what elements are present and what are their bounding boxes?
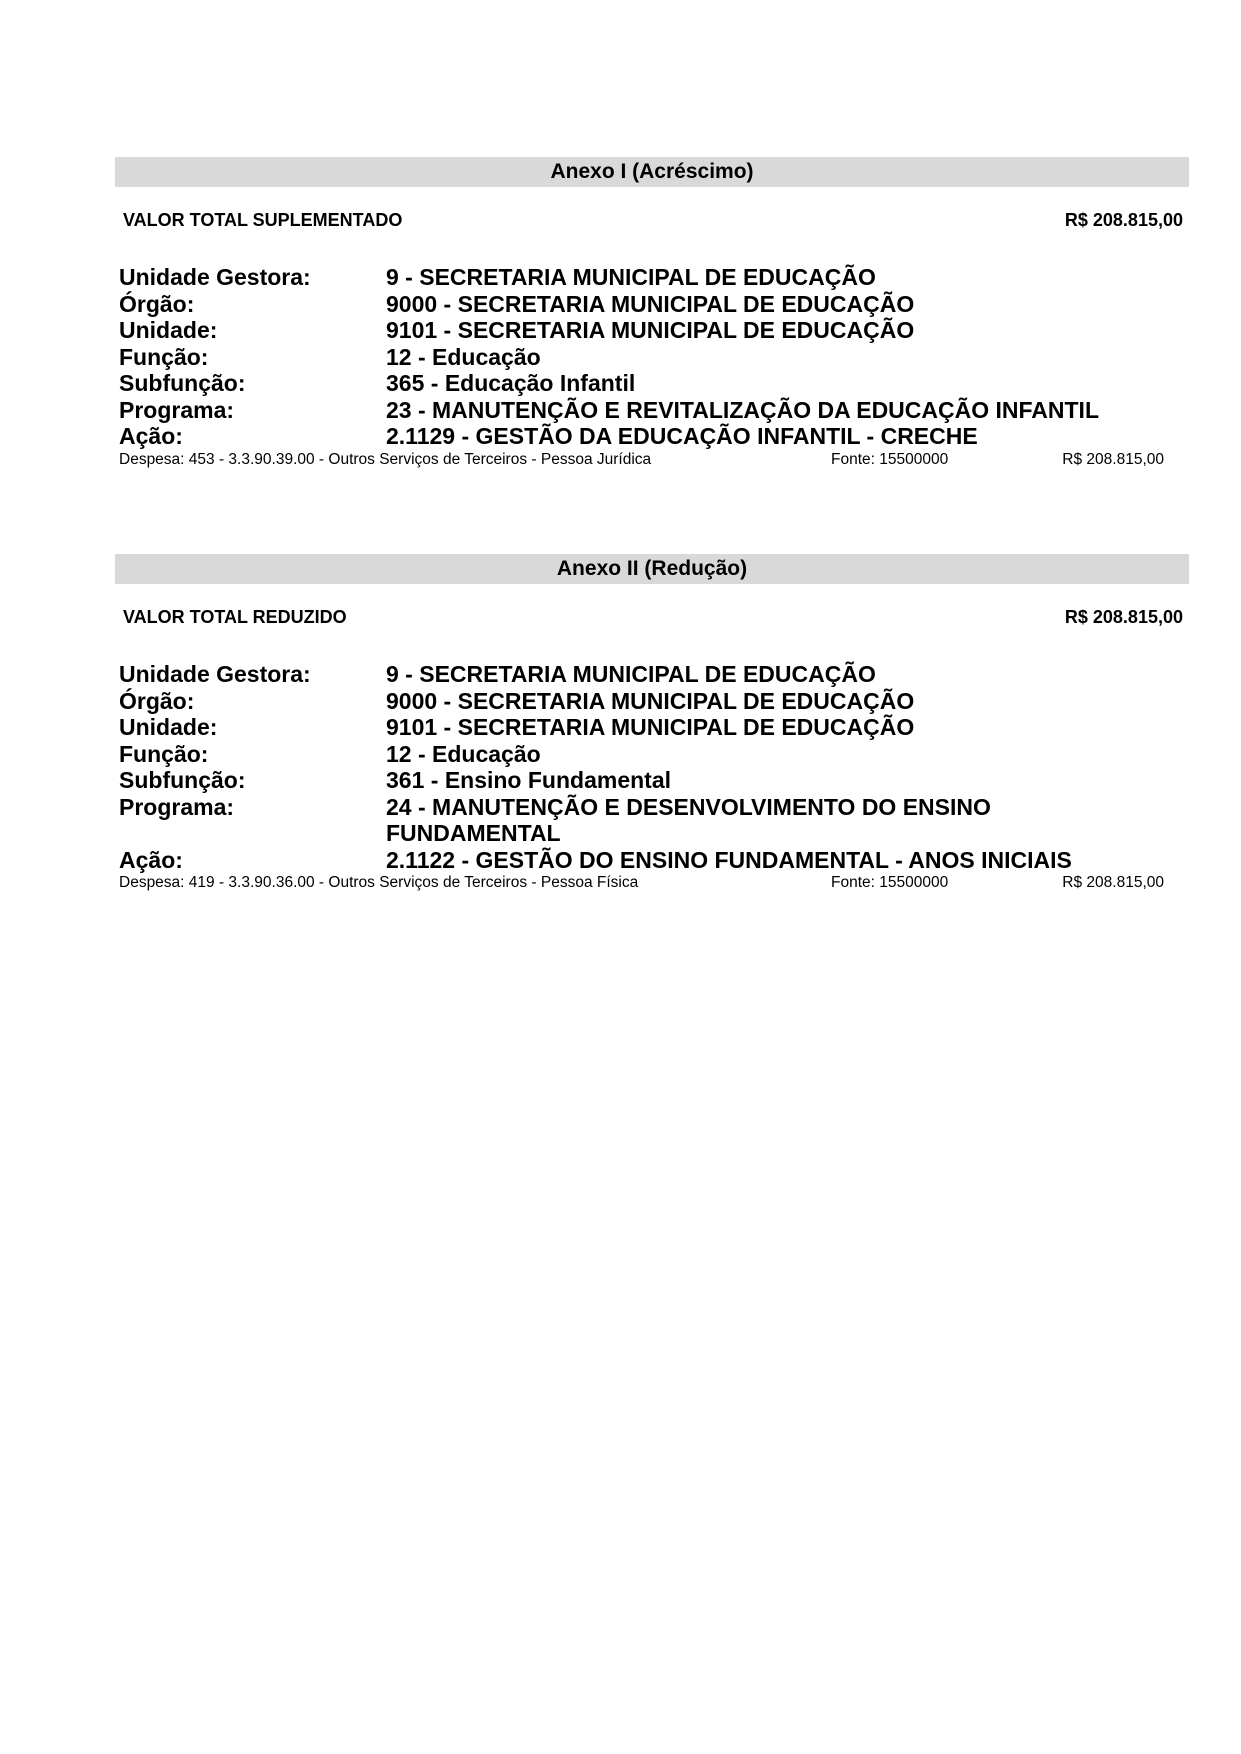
field-label: Ação: (119, 847, 183, 874)
field-label: Subfunção: (119, 767, 246, 794)
annex-title-bar: Anexo II (Redução) (115, 554, 1189, 584)
despesa-fonte: Fonte: 15500000 (831, 873, 948, 893)
field-label: Unidade Gestora: (119, 264, 311, 291)
despesa-description: Despesa: 453 - 3.3.90.39.00 - Outros Ser… (119, 450, 651, 470)
field-value: 2.1122 - GESTÃO DO ENSINO FUNDAMENTAL - … (386, 847, 1186, 874)
field-acao: Ação:2.1122 - GESTÃO DO ENSINO FUNDAMENT… (119, 847, 1179, 874)
total-value: R$ 208.815,00 (1065, 605, 1183, 629)
field-funcao: Função:12 - Educação (119, 344, 1179, 371)
despesa-line: Despesa: 453 - 3.3.90.39.00 - Outros Ser… (119, 450, 1179, 470)
field-label: Programa: (119, 397, 234, 424)
field-orgao: Órgão:9000 - SECRETARIA MUNICIPAL DE EDU… (119, 688, 1179, 715)
field-label: Ação: (119, 423, 183, 450)
field-label: Unidade: (119, 317, 217, 344)
field-unidade-gestora: Unidade Gestora:9 - SECRETARIA MUNICIPAL… (119, 661, 1179, 688)
annex-title-bar: Anexo I (Acréscimo) (115, 157, 1189, 187)
field-label: Subfunção: (119, 370, 246, 397)
field-label: Unidade: (119, 714, 217, 741)
field-label: Unidade Gestora: (119, 661, 311, 688)
total-value: R$ 208.815,00 (1065, 208, 1183, 232)
fields-block: Unidade Gestora:9 - SECRETARIA MUNICIPAL… (119, 264, 1179, 470)
field-label: Função: (119, 741, 208, 768)
field-value: 9000 - SECRETARIA MUNICIPAL DE EDUCAÇÃO (386, 688, 1146, 715)
field-value: 361 - Ensino Fundamental (386, 767, 1146, 794)
field-unidade: Unidade:9101 - SECRETARIA MUNICIPAL DE E… (119, 317, 1179, 344)
field-value: 2.1129 - GESTÃO DA EDUCAÇÃO INFANTIL - C… (386, 423, 1146, 450)
field-funcao: Função:12 - Educação (119, 741, 1179, 768)
field-label: Programa: (119, 794, 234, 821)
field-value: 12 - Educação (386, 344, 1146, 371)
despesa-fonte: Fonte: 15500000 (831, 450, 948, 470)
despesa-line: Despesa: 419 - 3.3.90.36.00 - Outros Ser… (119, 873, 1179, 893)
field-subfuncao: Subfunção:361 - Ensino Fundamental (119, 767, 1179, 794)
field-label: Função: (119, 344, 208, 371)
field-unidade-gestora: Unidade Gestora:9 - SECRETARIA MUNICIPAL… (119, 264, 1179, 291)
fields-block: Unidade Gestora:9 - SECRETARIA MUNICIPAL… (119, 661, 1179, 893)
total-row: VALOR TOTAL SUPLEMENTADO R$ 208.815,00 (123, 208, 1183, 232)
field-value: 9101 - SECRETARIA MUNICIPAL DE EDUCAÇÃO (386, 714, 1146, 741)
field-orgao: Órgão:9000 - SECRETARIA MUNICIPAL DE EDU… (119, 291, 1179, 318)
field-programa: Programa:23 - MANUTENÇÃO E REVITALIZAÇÃO… (119, 397, 1179, 424)
field-label: Órgão: (119, 688, 194, 715)
field-value: 9101 - SECRETARIA MUNICIPAL DE EDUCAÇÃO (386, 317, 1146, 344)
field-subfuncao: Subfunção:365 - Educação Infantil (119, 370, 1179, 397)
field-value: 12 - Educação (386, 741, 1146, 768)
despesa-description: Despesa: 419 - 3.3.90.36.00 - Outros Ser… (119, 873, 638, 893)
field-programa: Programa:24 - MANUTENÇÃO E DESENVOLVIMEN… (119, 794, 1179, 847)
field-value: 9 - SECRETARIA MUNICIPAL DE EDUCAÇÃO (386, 264, 1146, 291)
total-row: VALOR TOTAL REDUZIDO R$ 208.815,00 (123, 605, 1183, 629)
field-acao: Ação:2.1129 - GESTÃO DA EDUCAÇÃO INFANTI… (119, 423, 1179, 450)
total-label: VALOR TOTAL REDUZIDO (123, 605, 347, 629)
despesa-value: R$ 208.815,00 (1062, 450, 1164, 470)
despesa-value: R$ 208.815,00 (1062, 873, 1164, 893)
field-value: 365 - Educação Infantil (386, 370, 1146, 397)
field-label: Órgão: (119, 291, 194, 318)
field-unidade: Unidade:9101 - SECRETARIA MUNICIPAL DE E… (119, 714, 1179, 741)
field-value: 9000 - SECRETARIA MUNICIPAL DE EDUCAÇÃO (386, 291, 1146, 318)
total-label: VALOR TOTAL SUPLEMENTADO (123, 208, 402, 232)
field-value: 23 - MANUTENÇÃO E REVITALIZAÇÃO DA EDUCA… (386, 397, 1186, 424)
field-value: 9 - SECRETARIA MUNICIPAL DE EDUCAÇÃO (386, 661, 1146, 688)
field-value: 24 - MANUTENÇÃO E DESENVOLVIMENTO DO ENS… (386, 794, 1026, 847)
